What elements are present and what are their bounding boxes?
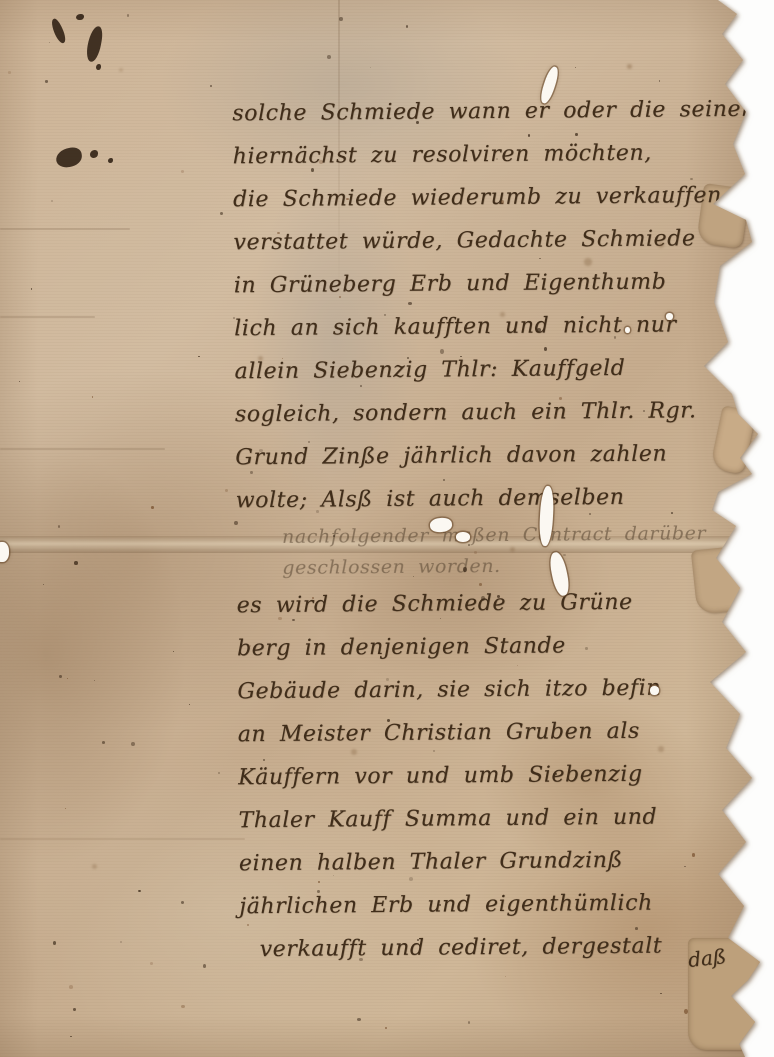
damage-hole <box>456 532 470 542</box>
manuscript-text: solche Schmiede wann er oder die seinenh… <box>232 88 763 972</box>
manuscript-catchword: daß <box>687 944 727 972</box>
manuscript-line: geschlossen worden. <box>282 549 760 584</box>
paper-shadow-wrap: solche Schmiede wann er oder die seinenh… <box>0 0 774 1057</box>
manuscript-line: nachfolgender maßen Contract darüber <box>282 518 760 553</box>
ink-blot <box>55 146 83 168</box>
manuscript-line: es wird die Schmiede zu Grüne <box>236 580 760 628</box>
manuscript-line: jährlichen Erb und eigenthümlich <box>239 881 763 929</box>
ink-blot <box>108 158 113 163</box>
damage-hole <box>0 542 9 562</box>
ink-blot <box>96 64 101 70</box>
manuscript-line: solche Schmiede wann er oder die seinen <box>232 88 756 136</box>
ink-blot <box>49 17 68 44</box>
damage-hole <box>666 313 673 320</box>
paper-sheet: solche Schmiede wann er oder die seinenh… <box>0 0 762 1057</box>
damage-hole <box>625 327 630 333</box>
manuscript-line: wolte; Alsß ist auch demselben <box>236 475 760 523</box>
fold-crease-minor <box>0 316 95 318</box>
manuscript-line: allein Siebenzig Thlr: Kauffgeld <box>234 346 758 394</box>
fold-crease-minor <box>0 228 130 230</box>
scanned-manuscript-page: solche Schmiede wann er oder die seinenh… <box>0 0 774 1057</box>
manuscript-line: Gebäude darin, sie sich itzo befin <box>237 666 761 714</box>
damage-hole <box>650 686 659 695</box>
manuscript-line: an Meister Christian Gruben als <box>238 709 762 757</box>
manuscript-line: verstattet würde, Gedachte Schmiede <box>233 217 757 265</box>
manuscript-line: die Schmiede wiederumb zu verkauffen <box>233 174 757 222</box>
fold-crease-minor <box>0 838 245 840</box>
ink-blot <box>76 14 84 20</box>
fold-crease-minor <box>0 448 165 450</box>
manuscript-line: sogleich, sondern auch ein Thlr. Rgr. <box>235 389 759 437</box>
ink-blot <box>90 150 98 158</box>
manuscript-line: berg in denjenigen Stande <box>237 623 761 671</box>
manuscript-line: einen halben Thaler Grundzinß <box>239 838 763 886</box>
manuscript-line: lich an sich kaufften und nicht nur <box>234 303 758 351</box>
manuscript-line: Thaler Kauff Summa und ein und <box>238 795 762 843</box>
manuscript-line: Grund Zinße jährlich davon zahlen <box>235 432 759 480</box>
manuscript-line: Käuffern vor und umb Siebenzig <box>238 752 762 800</box>
manuscript-line: in Grüneberg Erb und Eigenthumb <box>234 260 758 308</box>
ink-blot <box>85 25 104 63</box>
